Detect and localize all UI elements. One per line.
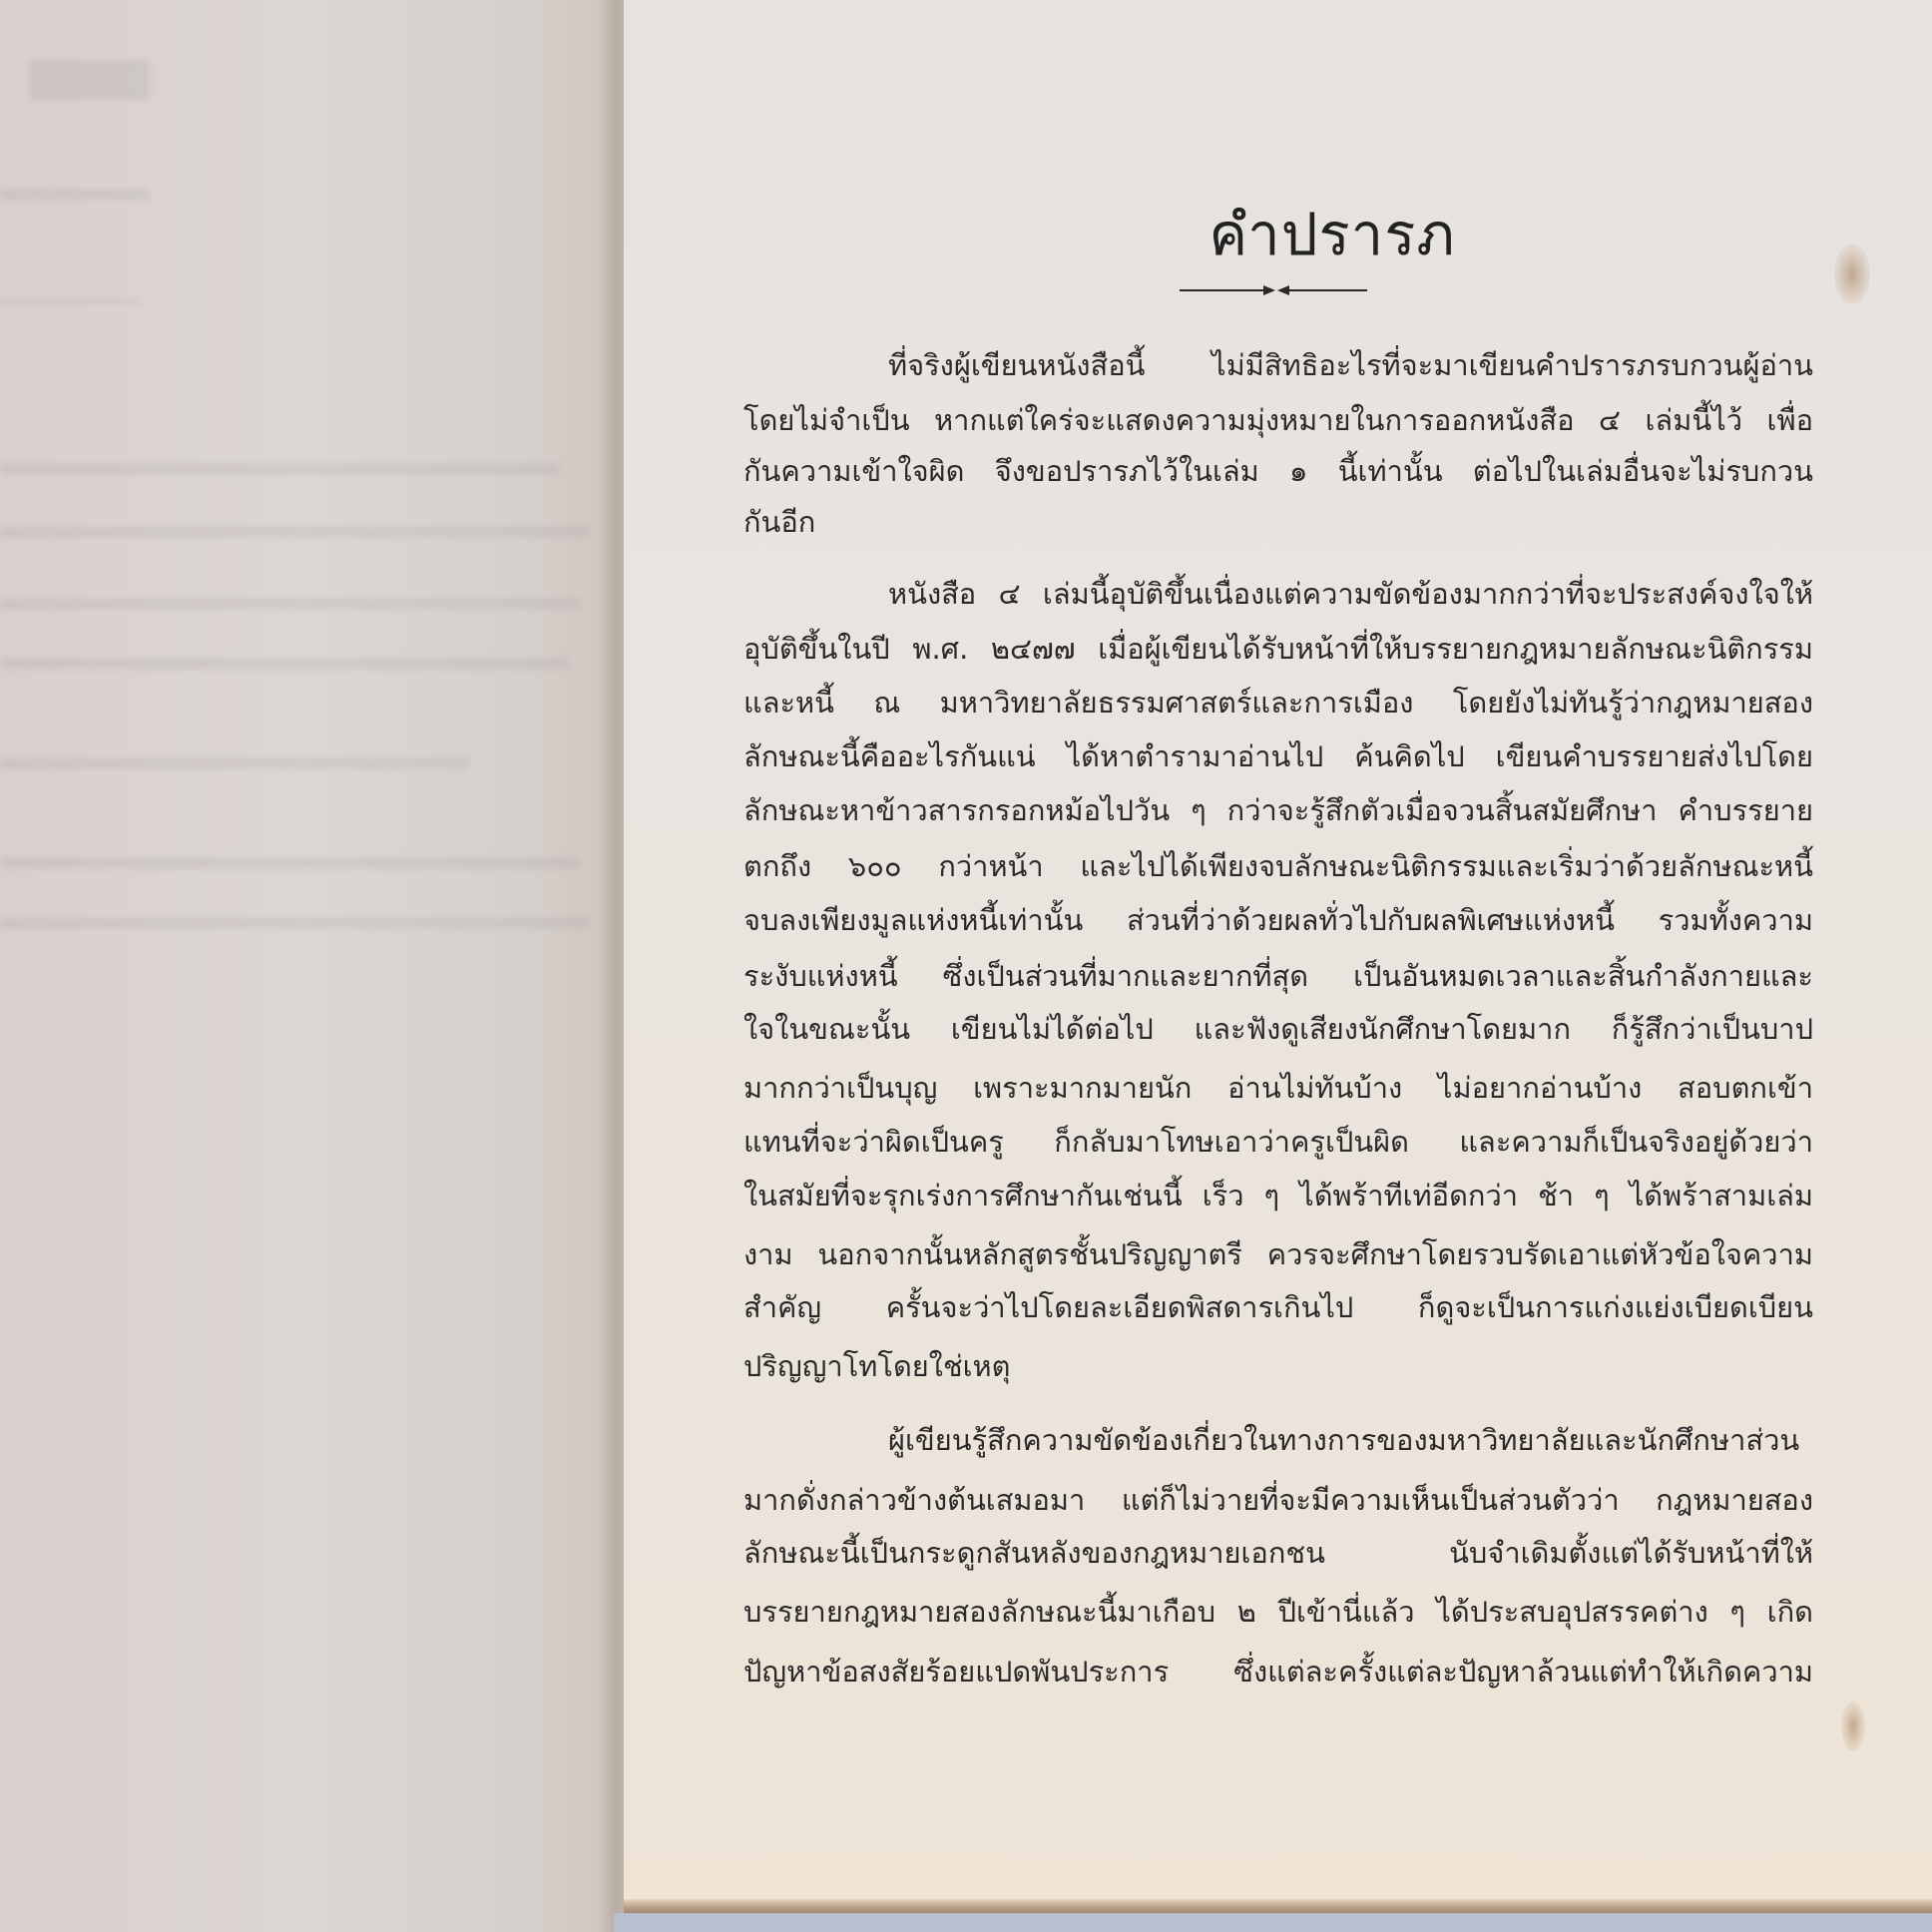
- paragraph-2-line: อุบัติขึ้นในปี พ.ศ. ๒๔๗๗ เมื่อผู้เขียนได…: [743, 629, 1813, 669]
- paragraph-2-line: จบลงเพียงมูลแห่งหนี้เท่านั้น ส่วนที่ว่าด…: [743, 900, 1813, 940]
- paragraph-2-line: มากกว่าเป็นบุญ เพราะมากมายนัก อ่านไม่ทัน…: [743, 1068, 1813, 1108]
- paragraph-2-line: งาม นอกจากนั้นหลักสูตรชั้นปริญญาตรี ควรจ…: [743, 1234, 1813, 1274]
- paragraph-2-line: ลักษณะหาข้าวสารกรอกหม้อไปวัน ๆ กว่าจะรู้…: [743, 790, 1813, 830]
- paragraph-3-line: บรรยายกฎหมายสองลักษณะนี้มาเกือบ ๒ ปีเข้า…: [743, 1592, 1813, 1632]
- paragraph-1-line: ที่จริงผู้เขียนหนังสือนี้ ไม่มีสิทธิอะไร…: [888, 345, 1813, 385]
- paragraph-2-line: ในสมัยที่จะรุกเร่งการศึกษากันเช่นนี้ เร็…: [743, 1176, 1813, 1215]
- paper-stain: [1834, 244, 1870, 304]
- ornamental-divider-icon: [1180, 283, 1367, 297]
- paragraph-2-line: สำคัญ ครั้นจะว่าไปโดยละเอียดพิสดารเกินไป…: [743, 1287, 1813, 1327]
- left-page-ghost-text: [0, 190, 150, 200]
- left-page-ghost-text: [30, 60, 150, 100]
- paragraph-2-line: แทนที่จะว่าผิดเป็นครู ก็กลับมาโทษเอาว่าค…: [743, 1122, 1813, 1162]
- paragraph-3-line: ลักษณะนี้เป็นกระดูกสันหลังของกฎหมายเอกชน…: [743, 1533, 1813, 1573]
- left-page-ghost-rule: [0, 299, 140, 303]
- paragraph-2-line: ระงับแห่งหนี้ ซึ่งเป็นส่วนที่มากและยากที…: [743, 956, 1813, 996]
- paragraph-1-line: กันความเข้าใจผิด จึงขอปรารภไว้ในเล่ม ๑ น…: [743, 451, 1813, 491]
- paragraph-1-line: กันอีก: [743, 502, 1813, 542]
- page-bottom-edge: [624, 1899, 1932, 1913]
- paper-stain: [1841, 1701, 1865, 1751]
- left-page: [0, 0, 614, 1932]
- paragraph-3-line: มากดั่งกล่าวข้างต้นเสมอมา แต่ก็ไม่วายที่…: [743, 1480, 1813, 1520]
- paragraph-1-line: โดยไม่จำเป็น หากแต่ใคร่จะแสดงความมุ่งหมา…: [743, 400, 1813, 440]
- paragraph-3-line: ปัญหาข้อสงสัยร้อยแปดพันประการ ซึ่งแต่ละค…: [743, 1652, 1813, 1691]
- paragraph-2-line: ลักษณะนี้คืออะไรกันแน่ ได้หาตำรามาอ่านไป…: [743, 736, 1813, 776]
- left-page-ghost-text: [0, 659, 569, 669]
- paragraph-2-line: และหนี้ ณ มหาวิทยาลัยธรรมศาสตร์และการเมื…: [743, 683, 1813, 723]
- left-page-ghost-text: [0, 758, 469, 768]
- paragraph-2-line: ใจในขณะนั้น เขียนไม่ได้ต่อไป และฟังดูเสี…: [743, 1009, 1813, 1049]
- left-page-ghost-text: [0, 918, 589, 928]
- paragraph-2-line: หนังสือ ๔ เล่มนี้อุบัติขึ้นเนื่องแต่ความ…: [888, 574, 1813, 614]
- left-page-ghost-text: [0, 599, 579, 609]
- paragraph-2-line: ตกถึง ๖๐๐ กว่าหน้า และไปได้เพียงจบลักษณะ…: [743, 846, 1813, 886]
- left-page-ghost-text: [0, 527, 589, 537]
- table-surface: [614, 1913, 1932, 1932]
- paragraph-3-line: ผู้เขียนรู้สึกความขัดข้องเกี่ยวในทางการข…: [888, 1420, 1813, 1460]
- left-page-ghost-text: [0, 858, 579, 868]
- page-title: คำปรารภ: [1178, 188, 1487, 280]
- paragraph-2-line: ปริญญาโทโดยใช่เหตุ: [743, 1346, 1813, 1386]
- left-page-ghost-text: [0, 464, 559, 474]
